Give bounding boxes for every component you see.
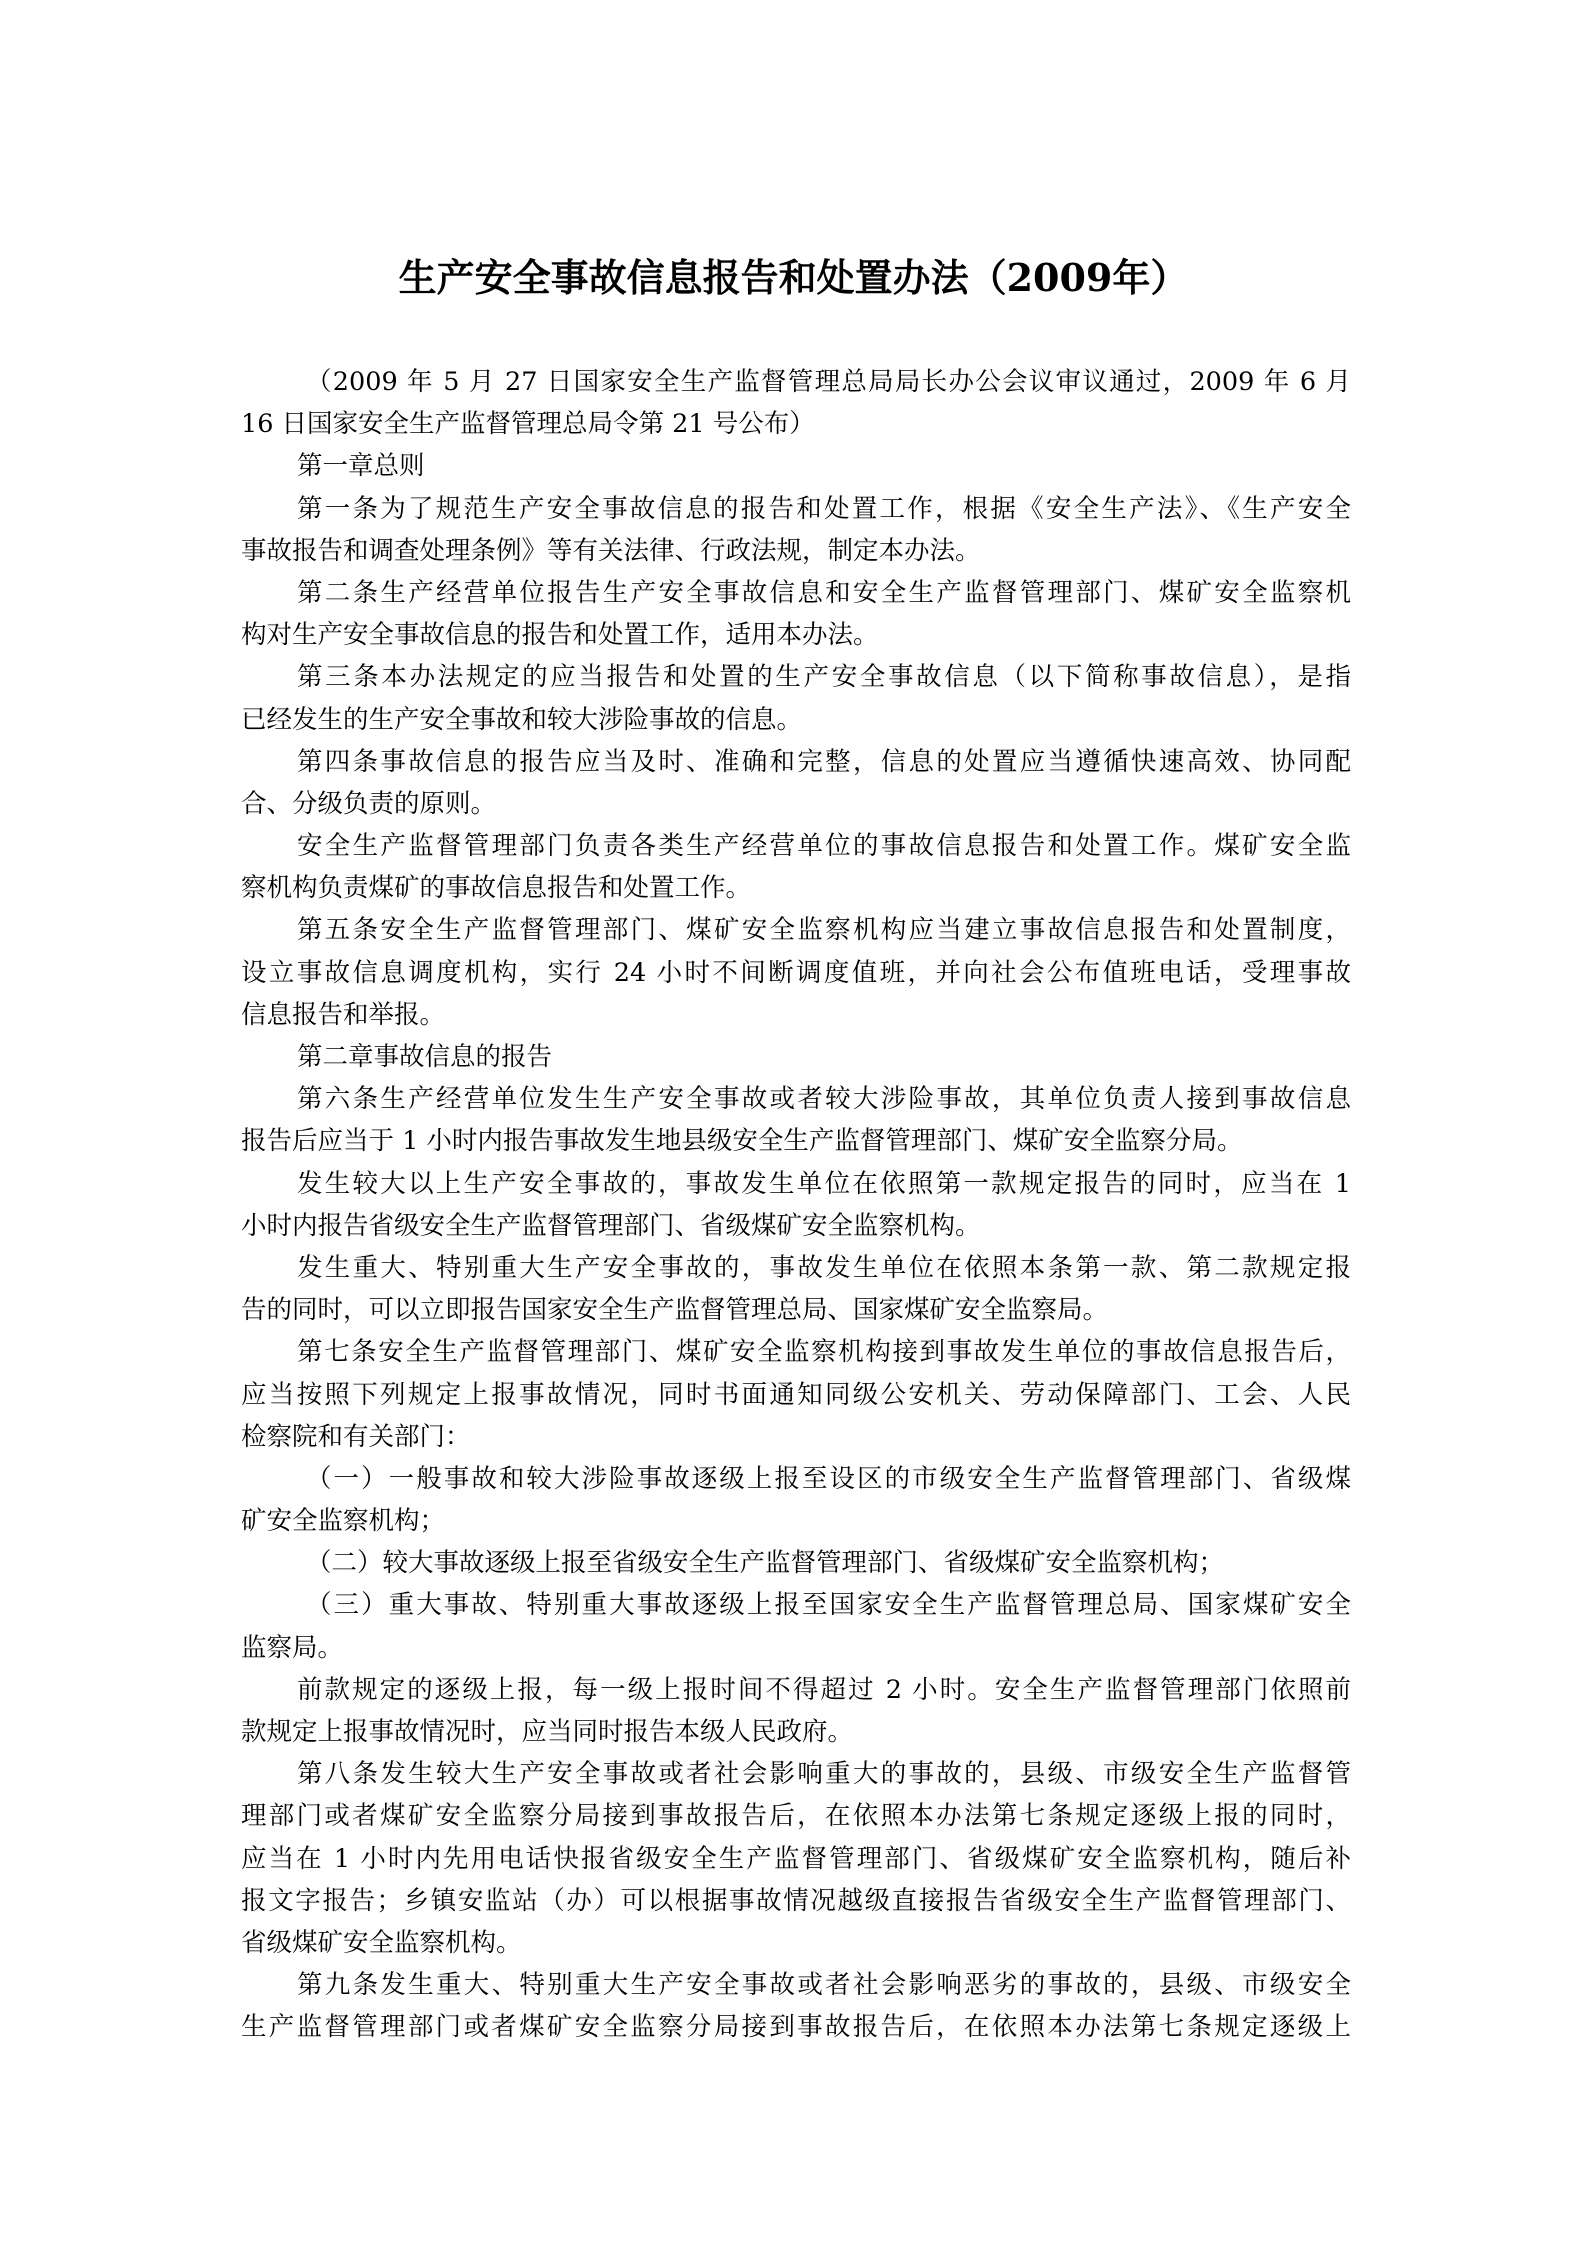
text-line: 发生重大、特别重大生产安全事故的，事故发生单位在依照本条第一款、第二款规定报: [241, 1247, 1351, 1289]
text-line: 16 日国家安全生产监督管理总局令第 21 号公布）: [241, 403, 1351, 445]
text-line: 理部门或者煤矿安全监察分局接到事故报告后，在依照本办法第七条规定逐级上报的同时，: [241, 1795, 1351, 1837]
text-line: 矿安全监察机构；: [241, 1500, 1351, 1542]
text-line: 第八条发生较大生产安全事故或者社会影响重大的事故的，县级、市级安全生产监督管: [241, 1753, 1351, 1795]
text-line: 告的同时，可以立即报告国家安全生产监督管理总局、国家煤矿安全监察局。: [241, 1289, 1351, 1331]
article-7-paragraph-2: 前款规定的逐级上报，每一级上报时间不得超过 2 小时。安全生产监督管理部门依照前…: [241, 1669, 1351, 1753]
text-line: 款规定上报事故情况时，应当同时报告本级人民政府。: [241, 1711, 1351, 1753]
text-line: 设立事故信息调度机构，实行 24 小时不间断调度值班，并向社会公布值班电话，受理…: [241, 952, 1351, 994]
article-6-paragraph-3: 发生重大、特别重大生产安全事故的，事故发生单位在依照本条第一款、第二款规定报 告…: [241, 1247, 1351, 1331]
text-line: （三）重大事故、特别重大事故逐级上报至国家安全生产监督管理总局、国家煤矿安全: [241, 1584, 1351, 1626]
text-line: 第九条发生重大、特别重大生产安全事故或者社会影响恶劣的事故的，县级、市级安全: [241, 1964, 1351, 2006]
text-line: 前款规定的逐级上报，每一级上报时间不得超过 2 小时。安全生产监督管理部门依照前: [241, 1669, 1351, 1711]
text-line: 事故报告和调查处理条例》等有关法律、行政法规，制定本办法。: [241, 530, 1351, 572]
article-7-item-2: （二）较大事故逐级上报至省级安全生产监督管理部门、省级煤矿安全监察机构；: [241, 1542, 1351, 1584]
article-4-paragraph-2: 安全生产监督管理部门负责各类生产经营单位的事故信息报告和处置工作。煤矿安全监 察…: [241, 825, 1351, 909]
text-line: 报文字报告；乡镇安监站（办）可以根据事故情况越级直接报告省级安全生产监督管理部门…: [241, 1880, 1351, 1922]
chapter-heading: 第一章总则: [241, 445, 1351, 487]
text-line: 第一条为了规范生产安全事故信息的报告和处置工作，根据《安全生产法》、《生产安全: [241, 488, 1351, 530]
document-page: 生产安全事故信息报告和处置办法（2009年） （2009 年 5 月 27 日国…: [0, 0, 1587, 2245]
article-5: 第五条安全生产监督管理部门、煤矿安全监察机构应当建立事故信息报告和处置制度， 设…: [241, 909, 1351, 1036]
text-line: 合、分级负责的原则。: [241, 783, 1351, 825]
text-line: 信息报告和举报。: [241, 994, 1351, 1036]
text-line: 生产监督管理部门或者煤矿安全监察分局接到事故报告后，在依照本办法第七条规定逐级上: [241, 2006, 1351, 2048]
chapter-heading: 第二章事故信息的报告: [241, 1036, 1351, 1078]
text-line: 第七条安全生产监督管理部门、煤矿安全监察机构接到事故发生单位的事故信息报告后，: [241, 1331, 1351, 1373]
article-7: 第七条安全生产监督管理部门、煤矿安全监察机构接到事故发生单位的事故信息报告后， …: [241, 1331, 1351, 1458]
text-line: 第一章总则: [241, 445, 1351, 487]
text-line: 已经发生的生产安全事故和较大涉险事故的信息。: [241, 699, 1351, 741]
text-line: （二）较大事故逐级上报至省级安全生产监督管理部门、省级煤矿安全监察机构；: [241, 1542, 1351, 1584]
article-4: 第四条事故信息的报告应当及时、准确和完整，信息的处置应当遵循快速高效、协同配 合…: [241, 741, 1351, 825]
text-line: 应当按照下列规定上报事故情况，同时书面通知同级公安机关、劳动保障部门、工会、人民: [241, 1374, 1351, 1416]
article-7-item-1: （一）一般事故和较大涉险事故逐级上报至设区的市级安全生产监督管理部门、省级煤 矿…: [241, 1458, 1351, 1542]
text-line: 第五条安全生产监督管理部门、煤矿安全监察机构应当建立事故信息报告和处置制度，: [241, 909, 1351, 951]
article-2: 第二条生产经营单位报告生产安全事故信息和安全生产监督管理部门、煤矿安全监察机 构…: [241, 572, 1351, 656]
promulgation-note: （2009 年 5 月 27 日国家安全生产监督管理总局局长办公会议审议通过，2…: [241, 361, 1351, 445]
text-line: 第六条生产经营单位发生生产安全事故或者较大涉险事故，其单位负责人接到事故信息: [241, 1078, 1351, 1120]
text-line: （一）一般事故和较大涉险事故逐级上报至设区的市级安全生产监督管理部门、省级煤: [241, 1458, 1351, 1500]
text-line: 应当在 1 小时内先用电话快报省级安全生产监督管理部门、省级煤矿安全监察机构，随…: [241, 1838, 1351, 1880]
document-title: 生产安全事故信息报告和处置办法（2009年）: [0, 250, 1587, 306]
text-line: 第三条本办法规定的应当报告和处置的生产安全事故信息（以下简称事故信息），是指: [241, 656, 1351, 698]
text-line: 第四条事故信息的报告应当及时、准确和完整，信息的处置应当遵循快速高效、协同配: [241, 741, 1351, 783]
text-line: 监察局。: [241, 1627, 1351, 1669]
article-9: 第九条发生重大、特别重大生产安全事故或者社会影响恶劣的事故的，县级、市级安全 生…: [241, 1964, 1351, 2048]
article-7-item-3: （三）重大事故、特别重大事故逐级上报至国家安全生产监督管理总局、国家煤矿安全 监…: [241, 1584, 1351, 1668]
article-6-paragraph-2: 发生较大以上生产安全事故的，事故发生单位在依照第一款规定报告的同时，应当在 1 …: [241, 1163, 1351, 1247]
text-line: 报告后应当于 1 小时内报告事故发生地县级安全生产监督管理部门、煤矿安全监察分局…: [241, 1120, 1351, 1162]
article-1: 第一条为了规范生产安全事故信息的报告和处置工作，根据《安全生产法》、《生产安全 …: [241, 488, 1351, 572]
text-line: 第二章事故信息的报告: [241, 1036, 1351, 1078]
article-3: 第三条本办法规定的应当报告和处置的生产安全事故信息（以下简称事故信息），是指 已…: [241, 656, 1351, 740]
text-line: 发生较大以上生产安全事故的，事故发生单位在依照第一款规定报告的同时，应当在 1: [241, 1163, 1351, 1205]
text-line: 省级煤矿安全监察机构。: [241, 1922, 1351, 1964]
text-line: 第二条生产经营单位报告生产安全事故信息和安全生产监督管理部门、煤矿安全监察机: [241, 572, 1351, 614]
document-body: （2009 年 5 月 27 日国家安全生产监督管理总局局长办公会议审议通过，2…: [241, 361, 1351, 2049]
text-line: 检察院和有关部门：: [241, 1416, 1351, 1458]
article-8: 第八条发生较大生产安全事故或者社会影响重大的事故的，县级、市级安全生产监督管 理…: [241, 1753, 1351, 1964]
text-line: （2009 年 5 月 27 日国家安全生产监督管理总局局长办公会议审议通过，2…: [241, 361, 1351, 403]
text-line: 小时内报告省级安全生产监督管理部门、省级煤矿安全监察机构。: [241, 1205, 1351, 1247]
text-line: 安全生产监督管理部门负责各类生产经营单位的事故信息报告和处置工作。煤矿安全监: [241, 825, 1351, 867]
text-line: 察机构负责煤矿的事故信息报告和处置工作。: [241, 867, 1351, 909]
article-6: 第六条生产经营单位发生生产安全事故或者较大涉险事故，其单位负责人接到事故信息 报…: [241, 1078, 1351, 1162]
text-line: 构对生产安全事故信息的报告和处置工作，适用本办法。: [241, 614, 1351, 656]
